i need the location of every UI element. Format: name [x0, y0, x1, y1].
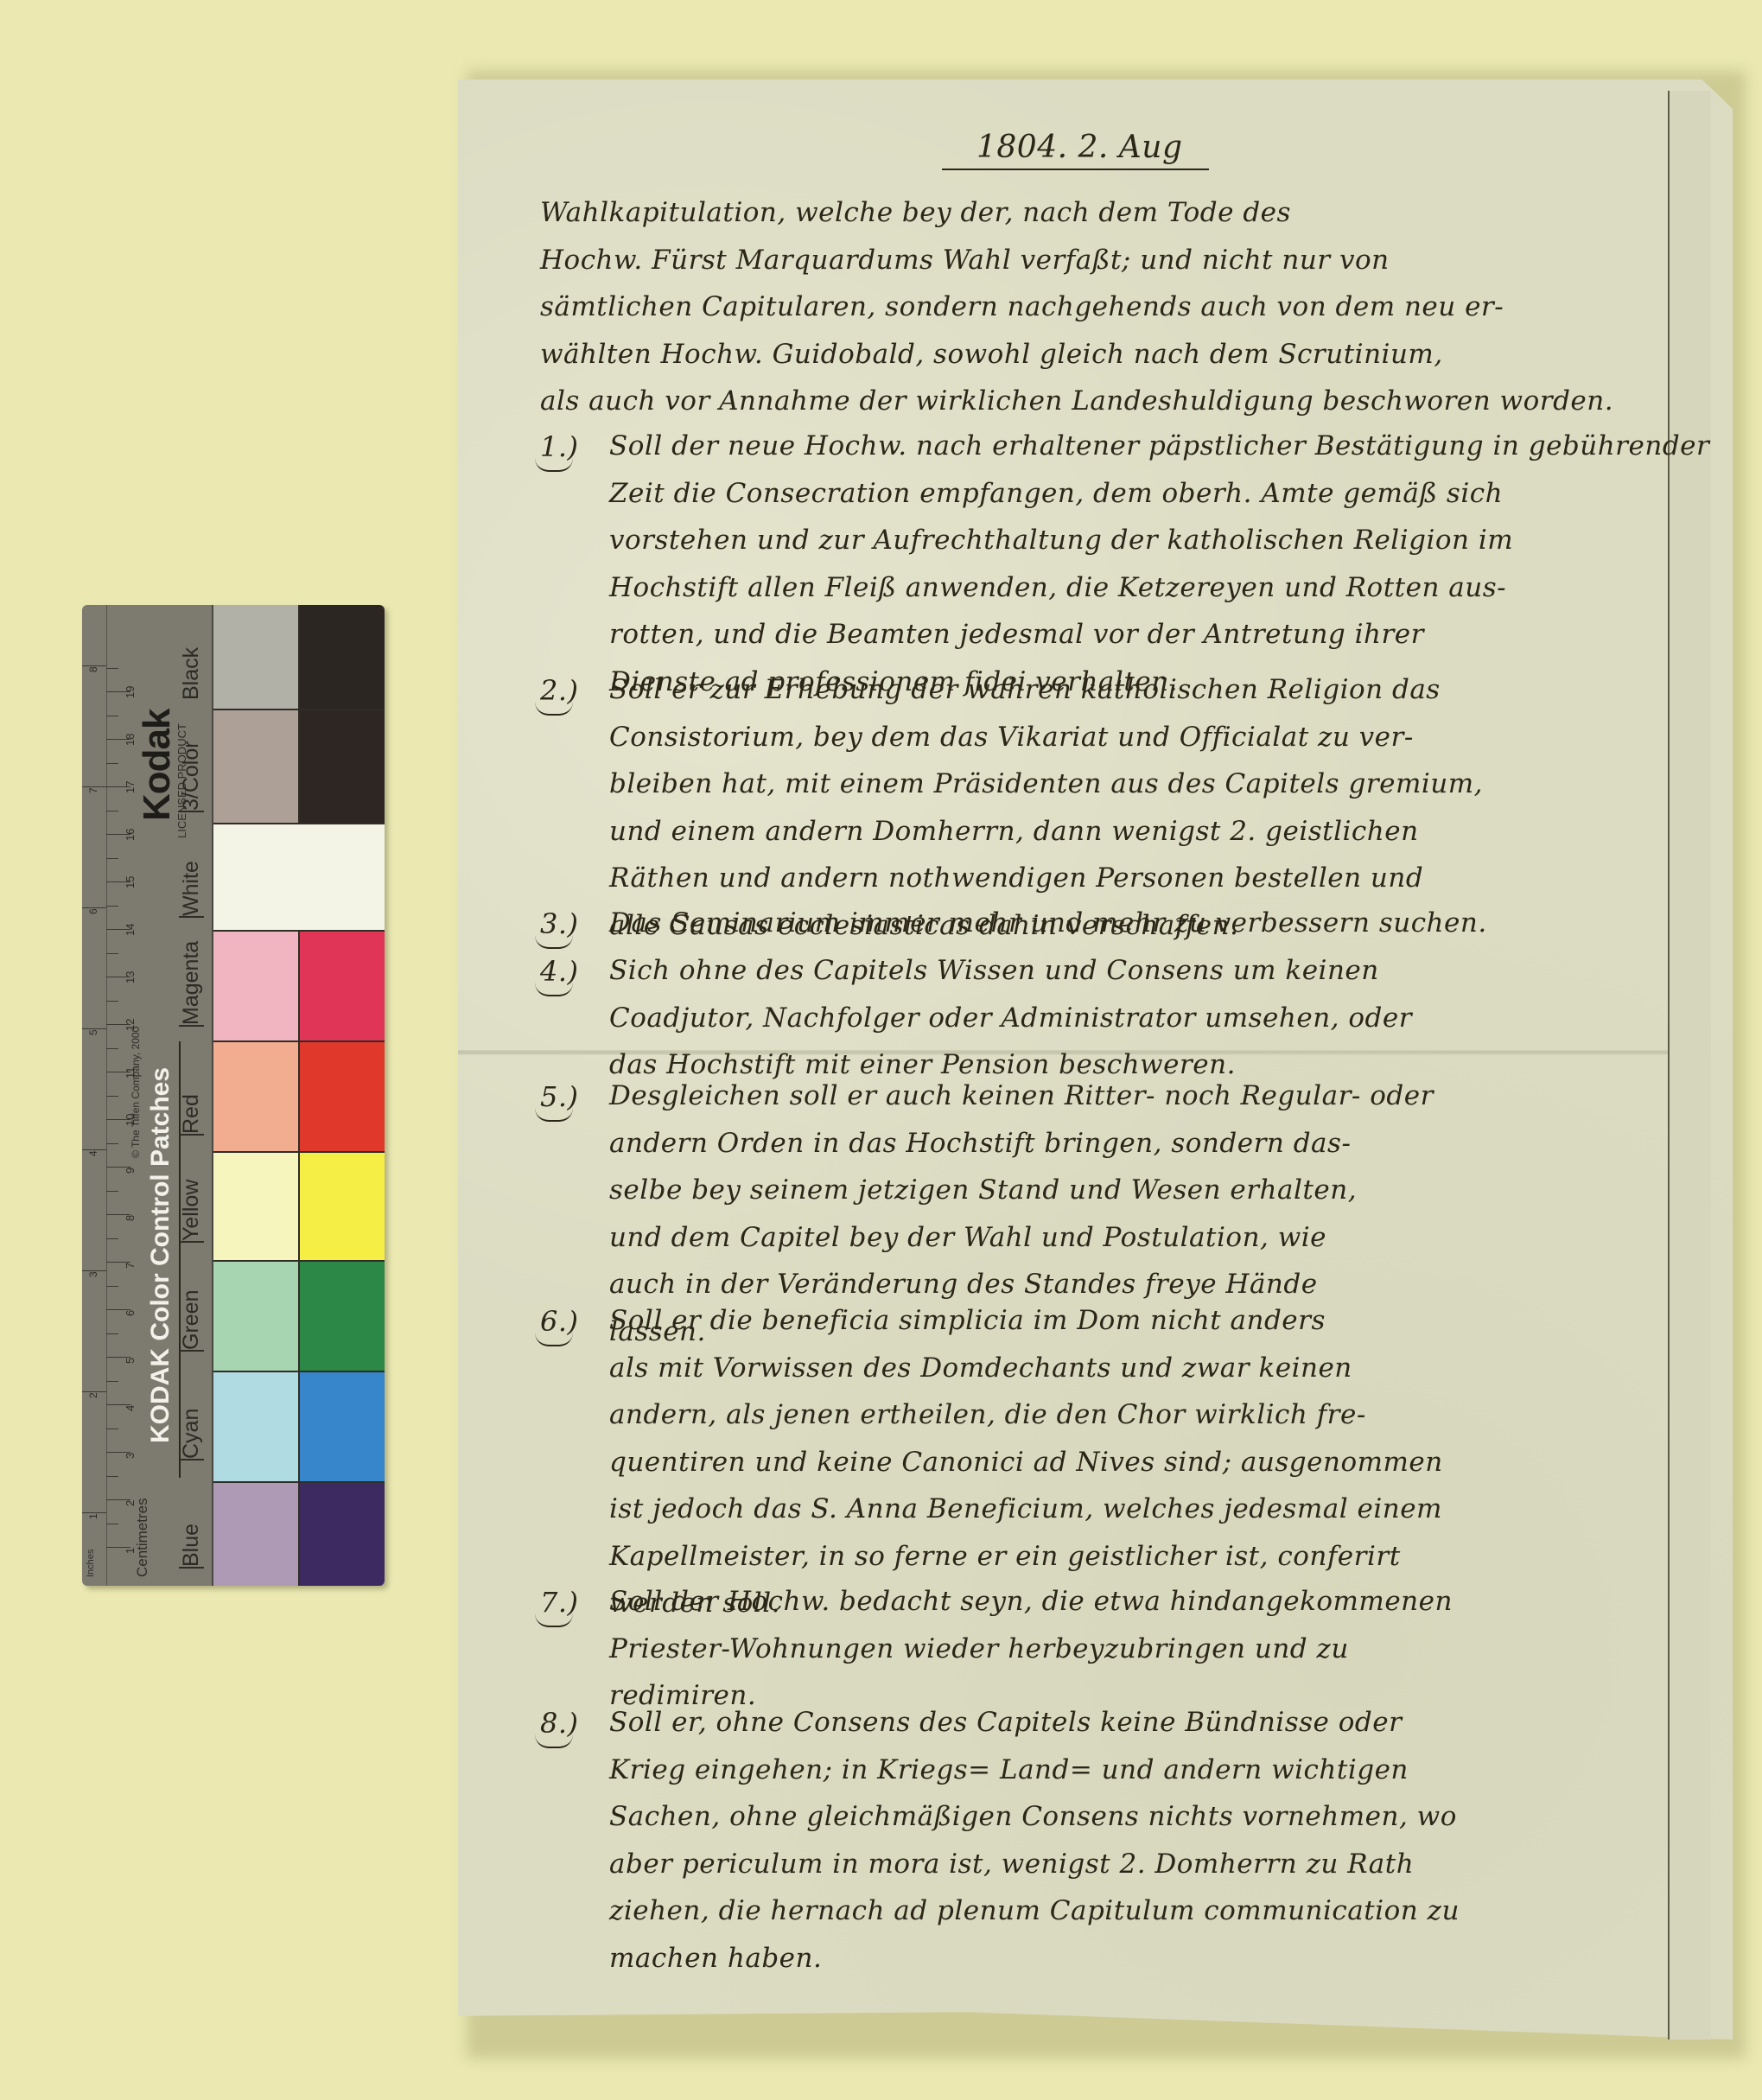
patch-row-cyan	[213, 1372, 385, 1483]
article-line: ziehen, die hernach ad plenum Capitulum …	[609, 1895, 1460, 1926]
article-line: ist jedoch das S. Anna Beneficium, welch…	[609, 1493, 1442, 1524]
inch-scale	[82, 605, 107, 1586]
cm-tick-label: 9	[124, 1168, 137, 1174]
centimetres-label: Centimetres	[134, 1498, 151, 1577]
article-line: aber periculum in mora ist, wenigst 2. D…	[609, 1849, 1414, 1880]
cm-half-tick	[106, 716, 118, 716]
cm-half-tick	[106, 668, 118, 669]
article-line: Krieg eingehen; in Kriegs= Land= und and…	[609, 1754, 1409, 1785]
document-date-heading: 1804. 2. Aug	[942, 130, 1209, 170]
article-number: 6.)	[540, 1305, 579, 1338]
cm-half-tick	[106, 1476, 118, 1477]
cm-tick-label: 7	[124, 1263, 137, 1269]
kodak-color-control-strip: 1234567891011121314151617181912345678 In…	[82, 605, 385, 1586]
cm-tick-label: 18	[124, 734, 137, 746]
article-line: und dem Capitel bey der Wahl und Postula…	[609, 1222, 1326, 1253]
article-line: selbe bey seinem jetzigen Stand und Wese…	[609, 1174, 1357, 1206]
patch-3-color-dark	[298, 710, 385, 823]
patch-label: 3/Color	[179, 741, 204, 812]
patch-red-light	[213, 1042, 298, 1151]
intro-line: als auch vor Annahme der wirklichen Land…	[540, 385, 1613, 417]
patch-label: Green	[179, 1290, 204, 1352]
article-line: Soll er die beneficia simplicia im Dom n…	[609, 1305, 1326, 1336]
inch-tick-label: 8	[87, 666, 99, 672]
cm-half-tick	[106, 1001, 118, 1002]
patch-black-light	[213, 605, 298, 709]
cm-tick-label: 13	[124, 971, 137, 983]
cm-tick-label: 8	[124, 1215, 137, 1221]
patch-yellow-light	[213, 1153, 298, 1260]
article-line: rotten, und die Beamten jedesmal vor der…	[609, 619, 1424, 650]
cm-half-tick	[106, 1096, 118, 1097]
article-number: 8.)	[540, 1707, 579, 1740]
patch-label: Black	[179, 647, 204, 700]
patch-row-blue	[213, 1483, 385, 1586]
intro-line: sämtlichen Capitularen, sondern nachgehe…	[540, 291, 1504, 322]
cm-tick-label: 14	[124, 924, 137, 936]
patch-yellow-dark	[298, 1153, 385, 1260]
inch-tick-label: 3	[87, 1271, 99, 1277]
patch-label: White	[179, 861, 204, 918]
cm-half-tick	[106, 1286, 118, 1287]
article-line: Soll der neue Hochw. nach erhaltener päp…	[609, 430, 1709, 461]
patch-row-magenta	[213, 932, 385, 1042]
article-line: auch in der Veränderung des Standes frey…	[609, 1269, 1318, 1300]
cm-tick-label: 15	[124, 876, 137, 888]
patch-blue-light	[213, 1483, 298, 1586]
cm-half-tick	[106, 1333, 118, 1334]
article-line: Kapellmeister, in so ferne er ein geistl…	[609, 1541, 1401, 1572]
cm-half-tick	[106, 1238, 118, 1239]
article-number: 7.)	[540, 1586, 579, 1619]
patch-label: Red	[179, 1094, 204, 1136]
article-line: Das Seminarium immer mehr und mehr zu ve…	[609, 907, 1487, 939]
patch-row-3-color	[213, 710, 385, 824]
kodak-logo: Kodak	[136, 710, 179, 821]
inches-label: Inches	[86, 1550, 96, 1577]
article-line: und einem andern Domherrn, dann wenigst …	[609, 816, 1419, 847]
measurement-ruler: 1234567891011121314151617181912345678 In…	[82, 605, 213, 1586]
patch-magenta-dark	[298, 932, 385, 1040]
strip-title: KODAK Color Control Patches	[146, 1041, 181, 1478]
cm-tick-label: 6	[124, 1310, 137, 1316]
cm-half-tick	[106, 1381, 118, 1382]
article-line: andern, als jenen ertheilen, die den Cho…	[609, 1399, 1366, 1430]
cm-half-tick	[106, 1524, 118, 1524]
article-line: Priester-Wohnungen wieder herbeyzubringe…	[609, 1633, 1349, 1664]
article-line: machen haben.	[609, 1943, 822, 1974]
article-line: Desgleichen soll er auch keinen Ritter- …	[609, 1080, 1434, 1111]
article-number: 5.)	[540, 1080, 579, 1113]
cm-tick-label: 16	[124, 829, 137, 841]
cm-tick-label: 5	[124, 1358, 137, 1364]
patch-label: Cyan	[179, 1409, 204, 1460]
cm-half-tick	[106, 1429, 118, 1429]
patch-row-green	[213, 1262, 385, 1372]
cm-tick-label: 17	[124, 781, 137, 793]
article-line: vorstehen und zur Aufrechthaltung der ka…	[609, 525, 1513, 556]
cm-half-tick	[106, 1143, 118, 1144]
article-line: Soll er zur Erhebung der wahren katholis…	[609, 674, 1441, 705]
article-line: Zeit die Consecration empfangen, dem obe…	[609, 478, 1503, 509]
article-line: quentiren und keine Canonici ad Nives si…	[609, 1447, 1443, 1478]
patch-3-color-light	[213, 710, 298, 823]
cm-tick-label: 4	[124, 1405, 137, 1411]
article-line: Consistorium, bey dem das Vikariat und O…	[609, 722, 1414, 753]
copyright-text: © The Tiffen Company, 2000	[130, 1027, 142, 1158]
patch-magenta-light	[213, 932, 298, 1040]
article-line: Hochstift allen Fleiß anwenden, die Ketz…	[609, 572, 1506, 603]
patch-green-light	[213, 1262, 298, 1371]
patch-row-red	[213, 1042, 385, 1153]
article-line: andern Orden in das Hochstift bringen, s…	[609, 1128, 1351, 1159]
cm-half-tick	[106, 811, 118, 811]
patch-white	[213, 824, 385, 930]
article-line: Sachen, ohne gleichmäßigen Consens nicht…	[609, 1801, 1457, 1832]
article-line: bleiben hat, mit einem Präsidenten aus d…	[609, 768, 1483, 799]
cm-tick-label: 19	[124, 686, 137, 698]
patch-label: Magenta	[179, 941, 204, 1027]
patch-label: Yellow	[179, 1180, 204, 1243]
intro-line: Hochw. Fürst Marquardums Wahl verfaßt; u…	[540, 245, 1390, 276]
cm-half-tick	[106, 1191, 118, 1192]
cm-half-tick	[106, 763, 118, 764]
cm-tick-label: 3	[124, 1453, 137, 1459]
patch-row-white	[213, 824, 385, 932]
intro-line: Wahlkapitulation, welche bey der, nach d…	[540, 197, 1291, 228]
patch-row-yellow	[213, 1153, 385, 1262]
article-number: 1.)	[540, 430, 579, 463]
page-fold-edge	[1668, 91, 1711, 2040]
patch-cyan-light	[213, 1372, 298, 1481]
inch-tick-label: 2	[87, 1392, 99, 1398]
cm-half-tick	[106, 1048, 118, 1049]
article-number: 4.)	[540, 955, 579, 988]
patch-red-dark	[298, 1042, 385, 1151]
inch-tick-label: 6	[87, 908, 99, 914]
article-line: Räthen und andern nothwendigen Personen …	[609, 862, 1423, 894]
inch-tick-label: 7	[87, 787, 99, 793]
inch-tick-label: 1	[87, 1513, 99, 1519]
article-line: Soll er, ohne Consens des Capitels keine…	[609, 1707, 1402, 1738]
article-line: Sich ohne des Capitels Wissen und Consen…	[609, 955, 1379, 986]
article-number: 2.)	[540, 674, 579, 707]
article-line: das Hochstift mit einer Pension beschwer…	[609, 1049, 1236, 1080]
inch-tick-label: 4	[87, 1150, 99, 1156]
patch-blue-dark	[298, 1483, 385, 1586]
color-patches	[213, 605, 385, 1586]
article-line: Coadjutor, Nachfolger oder Administrator…	[609, 1002, 1412, 1034]
patch-label: Blue	[179, 1524, 204, 1569]
article-line: Soll der Hochw. bedacht seyn, die etwa h…	[609, 1586, 1453, 1617]
cm-half-tick	[106, 953, 118, 954]
patch-cyan-dark	[298, 1372, 385, 1481]
inch-tick-label: 5	[87, 1029, 99, 1035]
patch-green-dark	[298, 1262, 385, 1371]
article-number: 3.)	[540, 907, 579, 940]
cm-half-tick	[106, 906, 118, 907]
cm-half-tick	[106, 858, 118, 859]
intro-line: wählten Hochw. Guidobald, sowohl gleich …	[540, 339, 1443, 370]
patch-row-black	[213, 605, 385, 710]
patch-black-dark	[298, 605, 385, 709]
article-line: als mit Vorwissen des Domdechants und zw…	[609, 1352, 1352, 1384]
